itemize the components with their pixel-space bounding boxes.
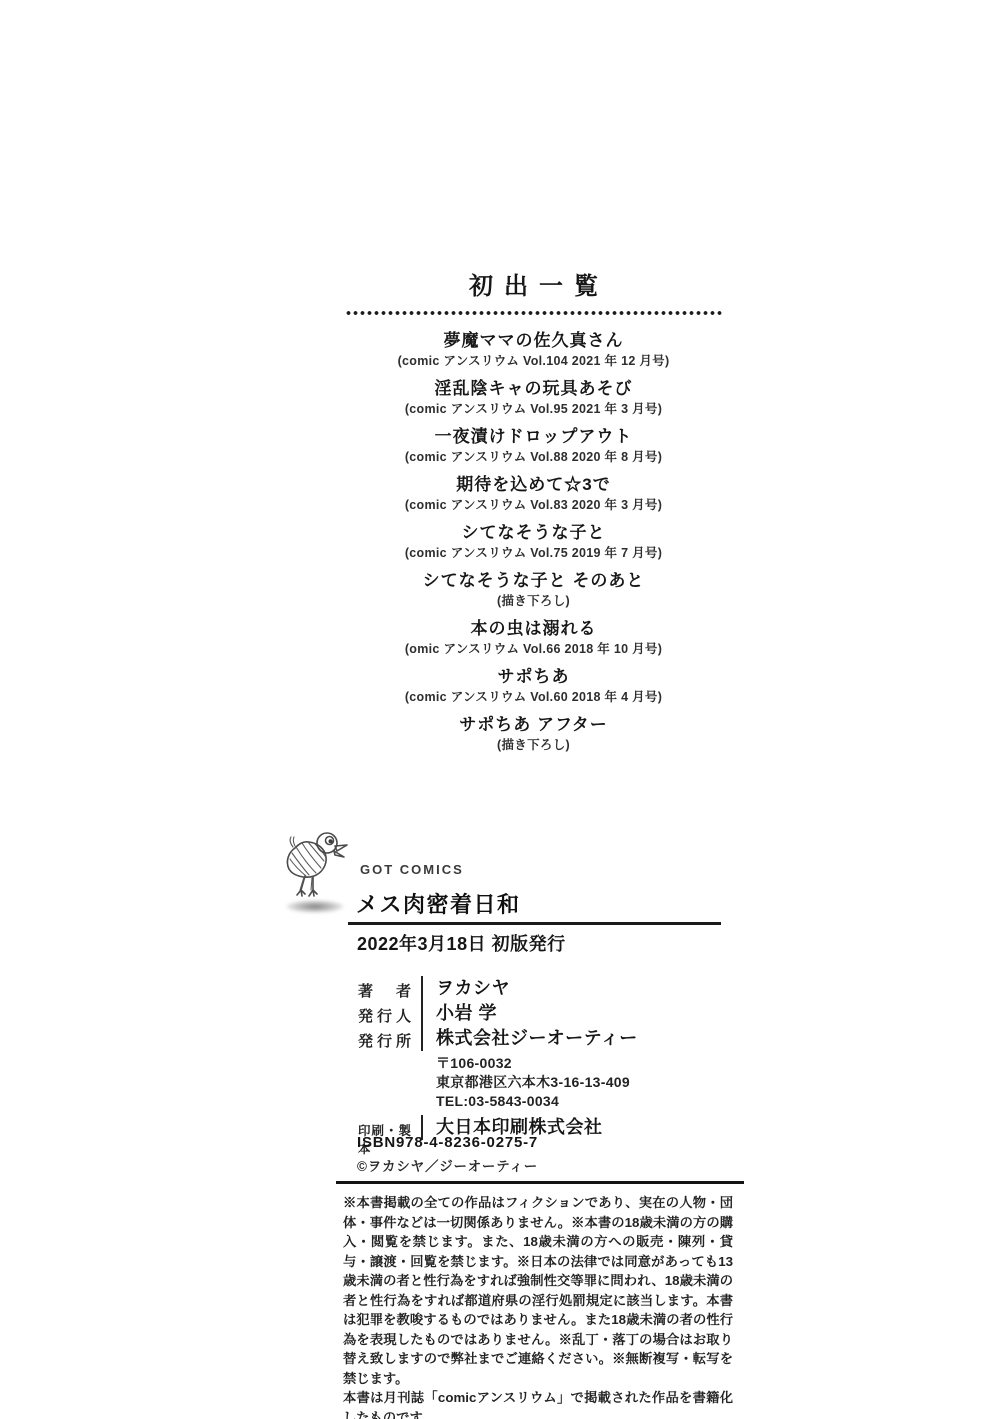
first-publication-heading: 初出一覧: [67, 266, 1000, 301]
publication-entry: 淫乱陰キャの玩具あそび (comic アンスリウム Vol.95 2021 年 …: [67, 377, 1000, 418]
bird-icon: [280, 826, 348, 898]
credit-label: 著者: [358, 976, 411, 1001]
legal-paragraph: 本書は月刊誌「comicアンスリウム」で掲載された作品を書籍化したものです。: [343, 1388, 733, 1419]
publication-title: 夢魔ママの佐久真さん: [67, 329, 1000, 353]
title-rule: [348, 922, 721, 925]
publication-title: シてなそうな子と そのあと: [67, 569, 1000, 593]
colophon-page: 初出一覧 夢魔ママの佐久真さん (comic アンスリウム Vol.104 20…: [0, 0, 1000, 1419]
publication-source: (comic アンスリウム Vol.60 2018 年 4 月号): [67, 689, 1000, 706]
publisher-phone: TEL:03-5843-0034: [436, 1092, 638, 1111]
isbn: ISBN978-4-8236-0275-7: [357, 1134, 538, 1151]
publication-source: (描き下ろし): [67, 593, 1000, 610]
publication-title: 淫乱陰キャの玩具あそび: [67, 377, 1000, 401]
credit-row-publisher: 発行所 株式会社ジーオーティー: [358, 1026, 638, 1051]
dotted-divider: [345, 310, 722, 316]
first-publication-section: 初出一覧 夢魔ママの佐久真さん (comic アンスリウム Vol.104 20…: [67, 266, 1000, 761]
copyright: ©ヲカシヤ／ジーオーティー: [357, 1155, 538, 1175]
publication-source: (comic アンスリウム Vol.88 2020 年 8 月号): [67, 449, 1000, 466]
book-title: メス肉密着日和: [356, 888, 521, 919]
credit-value: ヲカシヤ: [423, 976, 510, 1001]
publication-title: 期待を込めて☆3で: [67, 473, 1000, 497]
publication-title: シてなそうな子と: [67, 521, 1000, 545]
brand-name: GOT COMICS: [360, 862, 464, 877]
edition-date: 2022年3月18日 初版発行: [357, 930, 566, 956]
publisher-postal-code: 〒106-0032: [436, 1054, 638, 1073]
publication-source: (omic アンスリウム Vol.66 2018 年 10 月号): [67, 641, 1000, 658]
got-comics-logo: [280, 826, 348, 898]
legal-paragraph: ※本書掲載の全ての作品はフィクションであり、実在の人物・団体・事件などは一切関係…: [343, 1193, 733, 1388]
credit-label: 発行人: [358, 1001, 411, 1026]
publication-source: (comic アンスリウム Vol.75 2019 年 7 月号): [67, 545, 1000, 562]
publication-title: サポちあ アフター: [67, 713, 1000, 737]
credit-row-issuer: 発行人 小岩 学: [358, 1001, 638, 1026]
credit-value: 小岩 学: [423, 1001, 497, 1026]
publication-entry: 一夜漬けドロップアウト (comic アンスリウム Vol.88 2020 年 …: [67, 425, 1000, 466]
publication-title: サポちあ: [67, 665, 1000, 689]
publisher-street-address: 東京都港区六本木3-16-13-409: [436, 1073, 638, 1092]
publication-entry: サポちあ アフター (描き下ろし): [67, 713, 1000, 754]
publication-entry: サポちあ (comic アンスリウム Vol.60 2018 年 4 月号): [67, 665, 1000, 706]
credits-table: 著者 ヲカシヤ 発行人 小岩 学 発行所 株式会社ジーオーティー 〒106-00…: [358, 976, 638, 1140]
publication-source: (comic アンスリウム Vol.104 2021 年 12 月号): [67, 353, 1000, 370]
publication-title: 本の虫は溺れる: [67, 617, 1000, 641]
publication-entry: 本の虫は溺れる (omic アンスリウム Vol.66 2018 年 10 月号…: [67, 617, 1000, 658]
publisher-address: 〒106-0032 東京都港区六本木3-16-13-409 TEL:03-584…: [436, 1054, 638, 1111]
credit-row-author: 著者 ヲカシヤ: [358, 976, 638, 1001]
publication-source: (comic アンスリウム Vol.95 2021 年 3 月号): [67, 401, 1000, 418]
publication-entry: シてなそうな子と そのあと (描き下ろし): [67, 569, 1000, 610]
credit-value: 株式会社ジーオーティー: [423, 1026, 638, 1051]
publication-title: 一夜漬けドロップアウト: [67, 425, 1000, 449]
publication-source: (comic アンスリウム Vol.83 2020 年 3 月号): [67, 497, 1000, 514]
credit-label: 発行所: [358, 1026, 411, 1051]
legal-disclaimer: ※本書掲載の全ての作品はフィクションであり、実在の人物・団体・事件などは一切関係…: [343, 1193, 733, 1419]
publication-source: (描き下ろし): [67, 737, 1000, 754]
publication-entry: シてなそうな子と (comic アンスリウム Vol.75 2019 年 7 月…: [67, 521, 1000, 562]
disclaimer-rule: [336, 1181, 744, 1184]
publication-entry: 夢魔ママの佐久真さん (comic アンスリウム Vol.104 2021 年 …: [67, 329, 1000, 370]
publication-entry: 期待を込めて☆3で (comic アンスリウム Vol.83 2020 年 3 …: [67, 473, 1000, 514]
logo-shadow: [286, 900, 344, 913]
